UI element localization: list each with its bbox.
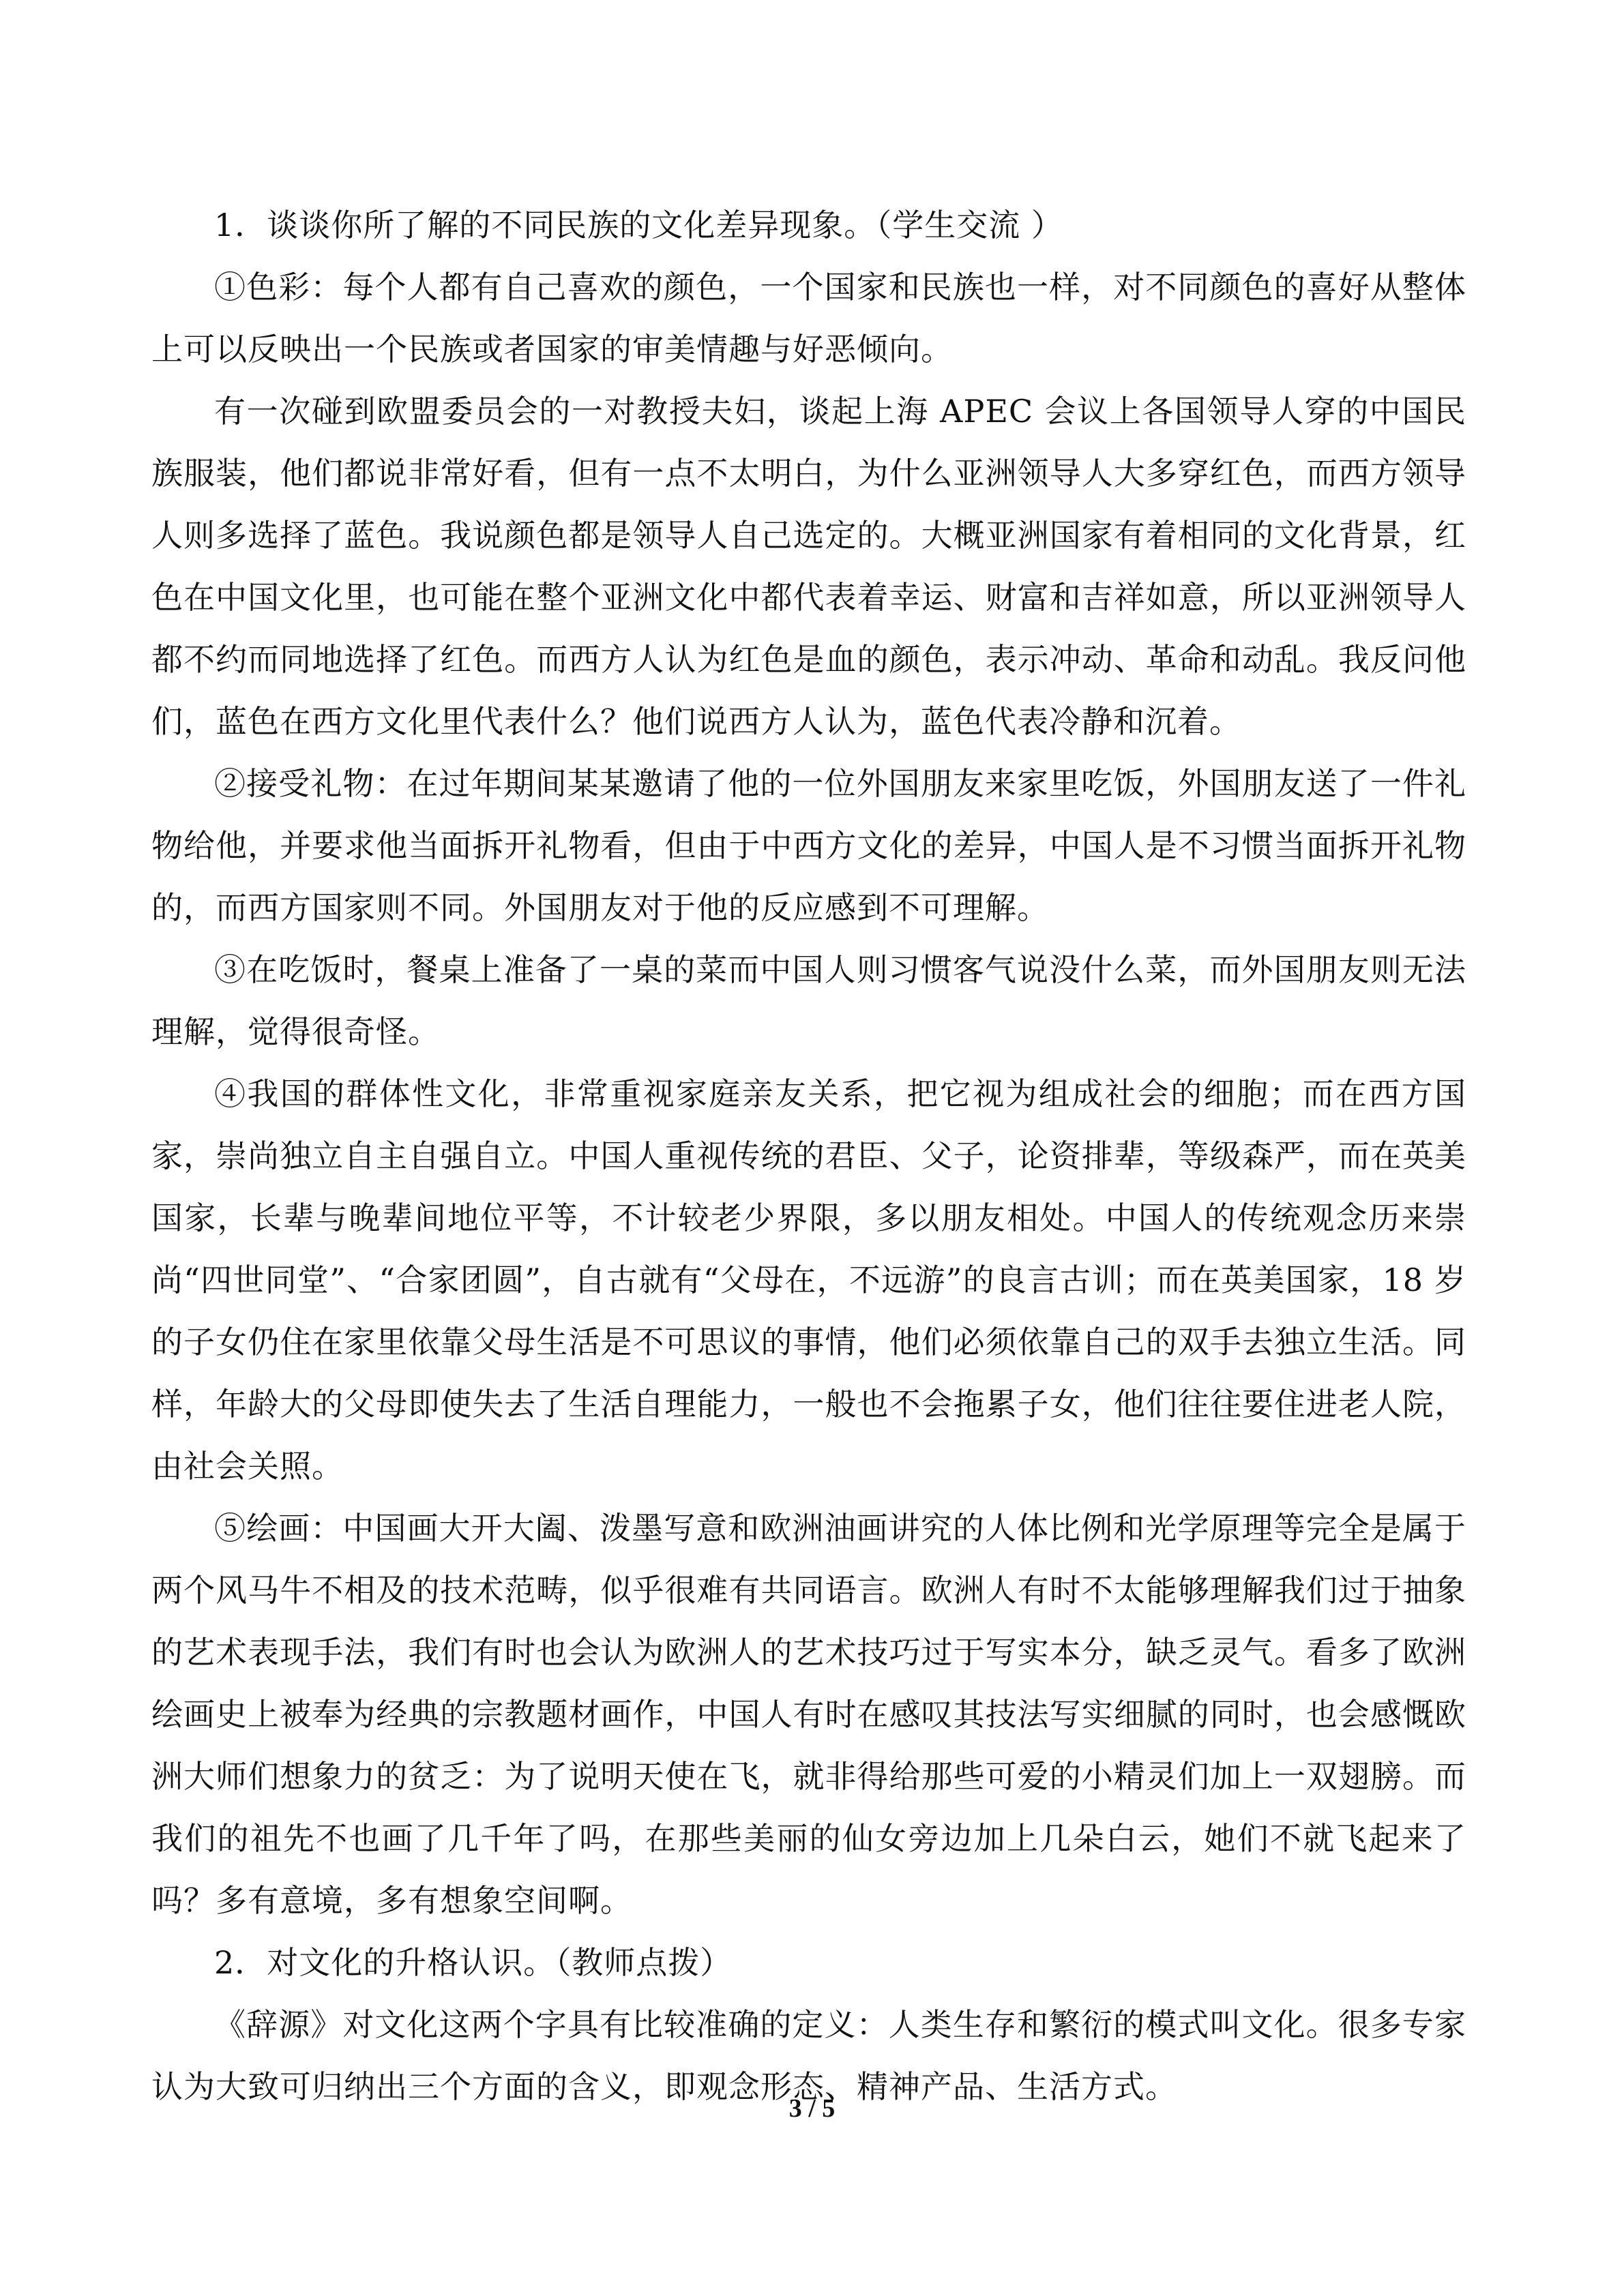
document-page: 1．谈谈你所了解的不同民族的文化差异现象。（学生交流 ） ①色彩：每个人都有自己… (0, 0, 1624, 2296)
section-heading-2: 2．对文化的升格认识。（教师点拨） (151, 1932, 1466, 1994)
paragraph-painting: ⑤绘画：中国画大开大阖、泼墨写意和欧洲油画讲究的人体比例和光学原理等完全是属于两… (151, 1497, 1466, 1932)
paragraph-dining: ③在吃饭时，餐桌上准备了一桌的菜而中国人则习惯客气说没什么菜，而外国朋友则无法理… (151, 939, 1466, 1063)
paragraph-gifts: ②接受礼物：在过年期间某某邀请了他的一位外国朋友来家里吃饭，外国朋友送了一件礼物… (151, 753, 1466, 939)
paragraph-color: ①色彩：每个人都有自己喜欢的颜色，一个国家和民族也一样，对不同颜色的喜好从整体上… (151, 256, 1466, 381)
section-heading-1: 1．谈谈你所了解的不同民族的文化差异现象。（学生交流 ） (151, 194, 1466, 256)
paragraph-family-culture: ④我国的群体性文化，非常重视家庭亲友关系，把它视为组成社会的细胞；而在西方国家，… (151, 1063, 1466, 1497)
document-body: 1．谈谈你所了解的不同民族的文化差异现象。（学生交流 ） ①色彩：每个人都有自己… (151, 194, 1466, 2118)
page-number: 3 / 5 (0, 2093, 1624, 2123)
paragraph-apec-anecdote: 有一次碰到欧盟委员会的一对教授夫妇，谈起上海 APEC 会议上各国领导人穿的中国… (151, 381, 1466, 753)
